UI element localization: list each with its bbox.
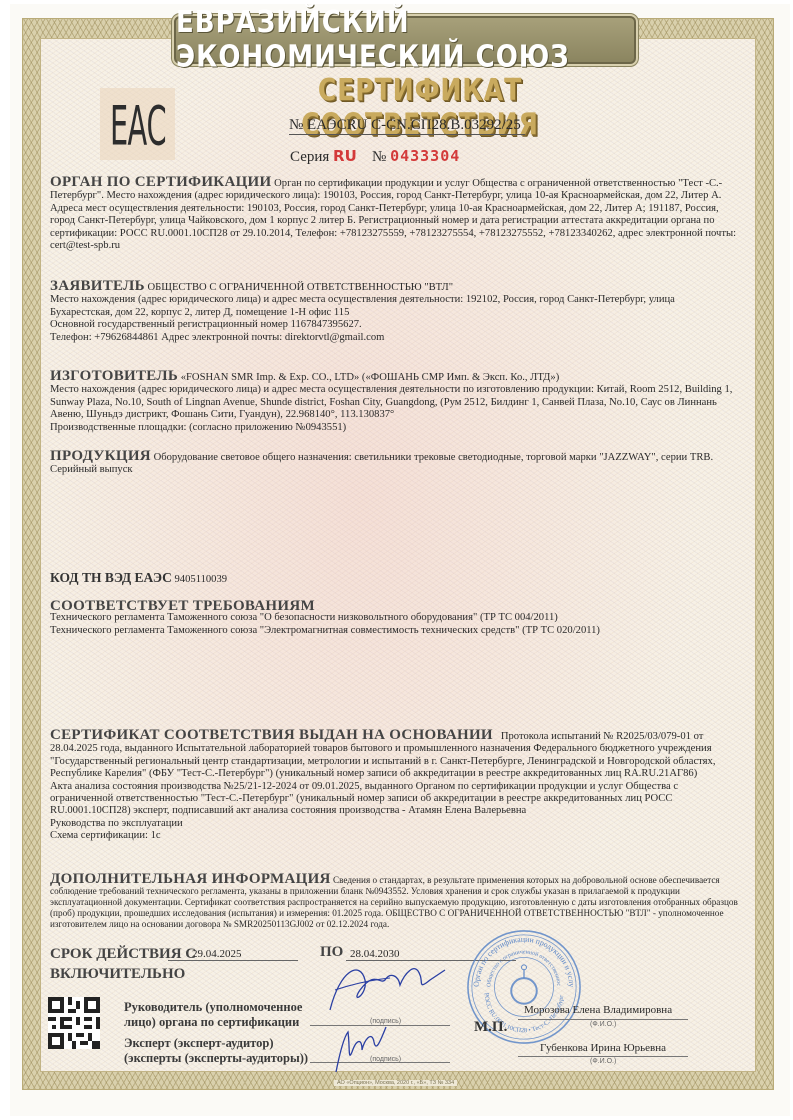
section-heading: СЕРТИФИКАТ СООТВЕТСТВИЯ ВЫДАН НА ОСНОВАН… xyxy=(50,727,493,743)
printer-imprint: АО «Опцион», Москва, 2020 г., «Б», ТЗ № … xyxy=(334,1080,457,1086)
head-signature-icon xyxy=(320,950,450,1030)
hs-code-value: 9405110039 xyxy=(175,574,228,585)
manufacturer-sites: Производственные площадки: (согласно при… xyxy=(50,422,740,434)
section-heading: КОД ТН ВЭД ЕАЭС xyxy=(50,570,172,585)
manufacturer-address: Место нахождения (адрес юридического лиц… xyxy=(50,384,740,421)
series-value: RU xyxy=(333,147,357,165)
expert-signature-icon xyxy=(328,1022,398,1080)
valid-from-date: 29.04.2025 xyxy=(168,948,298,961)
qr-code-icon xyxy=(48,997,100,1049)
expert-signatory-label: Эксперт (эксперт-аудитор) (эксперты (экс… xyxy=(124,1036,308,1066)
applicant-contacts: Телефон: +79626844861 Адрес электронной … xyxy=(50,332,740,344)
applicant-ogrn: Основной государственный регистрационный… xyxy=(50,319,740,331)
expert-label-line1: Эксперт (эксперт-аудитор) xyxy=(124,1036,308,1051)
section-heading: СООТВЕТСТВУЕТ ТРЕБОВАНИЯМ xyxy=(50,600,740,612)
product-release: Серийный выпуск xyxy=(50,464,740,476)
applicant-address: Место нахождения (адрес юридического лиц… xyxy=(50,294,740,319)
section-complies: СООТВЕТСТВУЕТ ТРЕБОВАНИЯМ Технического р… xyxy=(50,600,740,637)
basis-scheme: Схема сертификации: 1с xyxy=(50,830,740,842)
expert-name: Губенкова Ирина Юрьевна xyxy=(540,1042,666,1054)
head-name: Морозова Елена Владимировна xyxy=(524,1004,672,1016)
section-manufacturer: ИЗГОТОВИТЕЛЬ «FOSHAN SMR Imp. & Exp. CO.… xyxy=(50,370,740,434)
blank-number: № 0433304 xyxy=(372,147,460,166)
applicant-name: ОБЩЕСТВО С ОГРАНИЧЕННОЙ ОТВЕТСТВЕННОСТЬЮ… xyxy=(148,282,454,293)
head-fio-caption: (Ф.И.О.) xyxy=(590,1021,616,1028)
section-additional-info: ДОПОЛНИТЕЛЬНАЯ ИНФОРМАЦИЯ Сведения о ста… xyxy=(50,874,740,930)
head-name-line xyxy=(518,1019,688,1020)
regulation-item: Технического регламента Таможенного союз… xyxy=(50,625,740,637)
basis-manual: Руководства по эксплуатации xyxy=(50,818,740,830)
head-signatory-label: Руководитель (уполномоченное лицо) орган… xyxy=(124,1000,302,1030)
section-hs-code: КОД ТН ВЭД ЕАЭС 9405110039 xyxy=(50,572,740,586)
stamp-place-label: М.П. xyxy=(474,1019,507,1036)
blank-label: № xyxy=(372,149,386,165)
section-basis: СЕРТИФИКАТ СООТВЕТСТВИЯ ВЫДАН НА ОСНОВАН… xyxy=(50,729,740,843)
expert-fio-caption: (Ф.И.О.) xyxy=(590,1058,616,1065)
certificate-number: № ЕАЭСRU C-CN.СП28.В.03292/25 xyxy=(289,117,525,135)
expert-label-line2: (эксперты (эксперты-аудиторы)) xyxy=(124,1051,308,1066)
section-heading: ЗАЯВИТЕЛЬ xyxy=(50,278,145,294)
section-product: ПРОДУКЦИЯ Оборудование световое общего н… xyxy=(50,450,740,477)
union-banner: ЕВРАЗИЙСКИЙ ЭКОНОМИЧЕСКИЙ СОЮЗ xyxy=(174,16,636,64)
section-heading: ПРОДУКЦИЯ xyxy=(50,448,151,464)
number-prefix: № ЕАЭС xyxy=(289,117,347,133)
series: Серия RU xyxy=(290,147,357,166)
union-title: ЕВРАЗИЙСКИЙ ЭКОНОМИЧЕСКИЙ СОЮЗ xyxy=(176,6,634,75)
section-certification-body: ОРГАН ПО СЕРТИФИКАЦИИ Орган по сертифика… xyxy=(50,176,740,252)
series-label: Серия xyxy=(290,149,329,165)
section-heading: ИЗГОТОВИТЕЛЬ xyxy=(50,368,178,384)
section-heading: ОРГАН ПО СЕРТИФИКАЦИИ xyxy=(50,174,272,190)
eac-logo-icon: ЕАС xyxy=(110,96,166,158)
regulation-item: Технического регламента Таможенного союз… xyxy=(50,612,740,624)
section-heading: ДОПОЛНИТЕЛЬНАЯ ИНФОРМАЦИЯ xyxy=(50,871,331,887)
head-label-line2: лицо) органа по сертификации xyxy=(124,1015,302,1030)
blank-value: 0433304 xyxy=(390,147,460,165)
number-value: RU C-CN.СП28.В.03292/25 xyxy=(347,117,521,133)
head-label-line1: Руководитель (уполномоченное xyxy=(124,1000,302,1015)
basis-audit: Акта анализа состояния производства №25/… xyxy=(50,781,740,818)
product-description: Оборудование световое общего назначения:… xyxy=(154,452,714,463)
manufacturer-name: «FOSHAN SMR Imp. & Exp. CO., LTD» («ФОША… xyxy=(181,372,560,383)
expert-name-line xyxy=(518,1056,688,1057)
section-applicant: ЗАЯВИТЕЛЬ ОБЩЕСТВО С ОГРАНИЧЕННОЙ ОТВЕТС… xyxy=(50,280,740,344)
validity-label-line2: ВКЛЮЧИТЕЛЬНО xyxy=(50,964,196,984)
